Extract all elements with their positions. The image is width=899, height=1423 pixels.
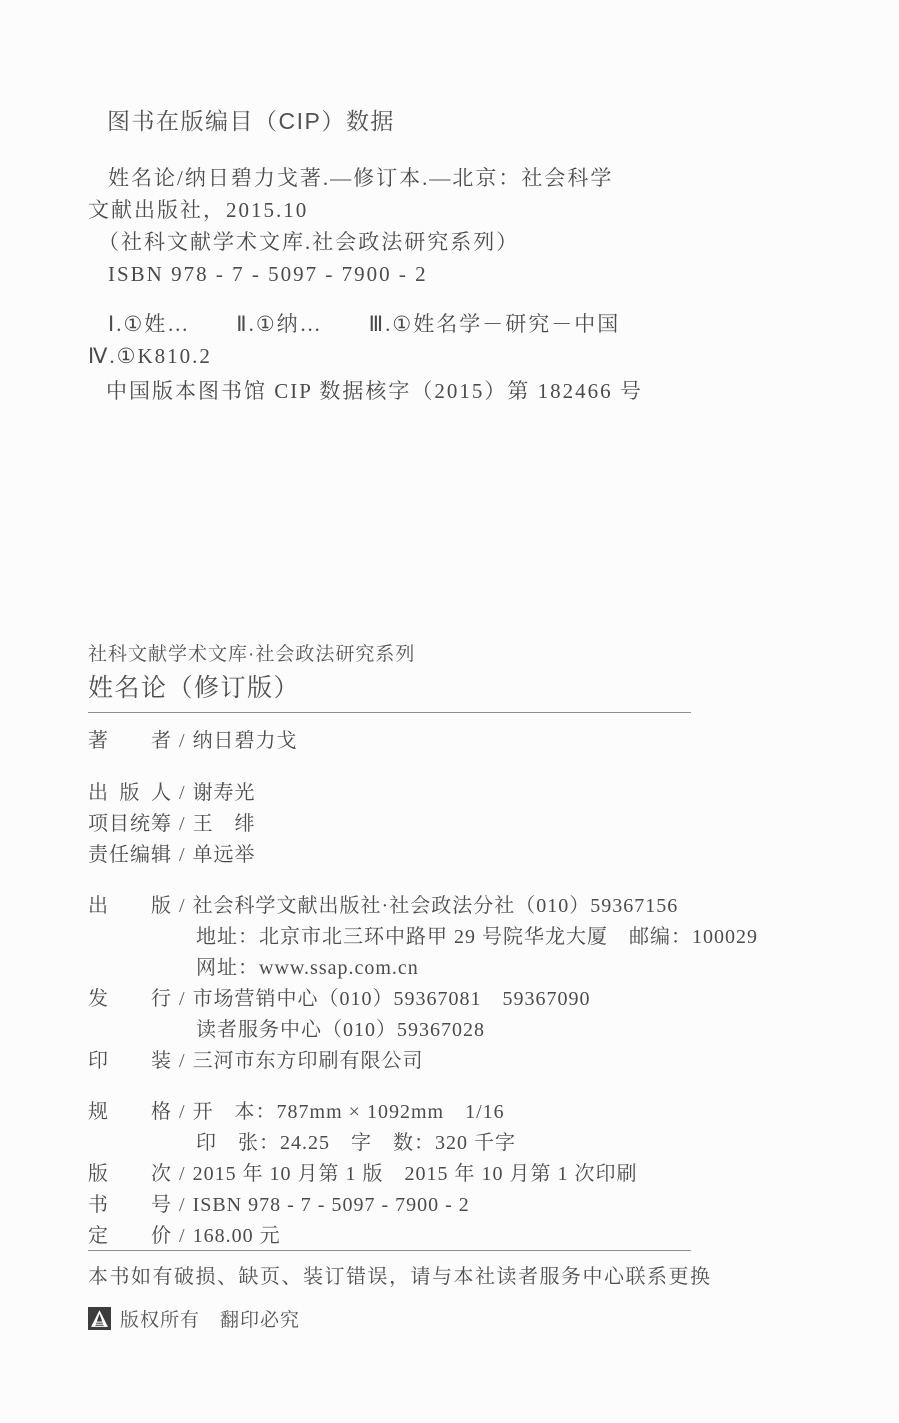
row-separator: / bbox=[179, 813, 186, 835]
row-separator: / bbox=[179, 782, 186, 804]
cip-block: 图书在版编目（CIP）数据 姓名论/纳日碧力戈著.—修订本.—北京：社会科学 文… bbox=[88, 106, 808, 407]
row-separator: / bbox=[179, 1101, 186, 1123]
row-label: 版次 bbox=[88, 1159, 172, 1190]
sheets-and-wordcount: 印 张：24.25 字 数：320 千字 bbox=[88, 1128, 868, 1159]
colophon-row-printing: 印装/三河市东方印刷有限公司 bbox=[88, 1046, 868, 1077]
row-value: ISBN 978 - 7 - 5097 - 7900 - 2 bbox=[193, 1194, 470, 1216]
row-value: 开 本：787mm × 1092mm 1/16 bbox=[193, 1101, 505, 1123]
colophon-row-isbn: 书号/ISBN 978 - 7 - 5097 - 7900 - 2 bbox=[88, 1190, 868, 1221]
row-value: 王 绯 bbox=[193, 813, 256, 835]
damage-replacement-notice: 本书如有破损、缺页、装订错误，请与本社读者服务中心联系更换 bbox=[88, 1263, 868, 1291]
colophon-row-publisher-person: 出版人/谢寿光 bbox=[88, 778, 868, 809]
row-value: 2015 年 10 月第 1 版 2015 年 10 月第 1 次印刷 bbox=[193, 1163, 638, 1185]
colophon-row-editor: 责任编辑/单远举 bbox=[88, 840, 868, 871]
cip-isbn-line: ISBN 978 - 7 - 5097 - 7900 - 2 bbox=[88, 258, 808, 290]
colophon-row-publisher: 出版/社会科学文献出版社·社会政法分社（010）59367156 bbox=[88, 891, 868, 922]
copyright-page: 图书在版编目（CIP）数据 姓名论/纳日碧力戈著.—修订本.—北京：社会科学 文… bbox=[0, 0, 899, 1423]
row-label: 书号 bbox=[88, 1190, 172, 1221]
colophon-row-edition: 版次/2015 年 10 月第 1 版 2015 年 10 月第 1 次印刷 bbox=[88, 1159, 868, 1190]
row-separator: / bbox=[179, 844, 186, 866]
book-title: 姓名论（修订版） bbox=[88, 671, 868, 705]
row-label: 项目统筹 bbox=[88, 809, 172, 840]
row-separator: / bbox=[179, 1194, 186, 1216]
row-separator: / bbox=[179, 730, 186, 752]
copyright-row: 版权所有 翻印必究 bbox=[88, 1305, 868, 1332]
cip-series-line: （社科文献学术文库.社会政法研究系列） bbox=[88, 226, 808, 258]
colophon-row-format: 规格/开 本：787mm × 1092mm 1/16 bbox=[88, 1097, 868, 1128]
row-label: 著者 bbox=[88, 726, 172, 757]
colophon-block: 社科文献学术文库·社会政法研究系列 姓名论（修订版） 著者/纳日碧力戈 出版人/… bbox=[88, 643, 868, 1332]
publisher-address: 地址：北京市北三环中路甲 29 号院华龙大厦 邮编：100029 bbox=[88, 922, 868, 953]
row-separator: / bbox=[179, 988, 186, 1010]
cip-record-number: 中国版本图书馆 CIP 数据核字（2015）第 182466 号 bbox=[88, 375, 808, 407]
row-value: 市场营销中心（010）59367081 59367090 bbox=[193, 988, 591, 1010]
cip-description-line: 文献出版社，2015.10 bbox=[88, 194, 808, 226]
row-separator: / bbox=[179, 1163, 186, 1185]
colophon-row-distribution: 发行/市场营销中心（010）59367081 59367090 bbox=[88, 984, 868, 1015]
copyright-statement: 版权所有 翻印必究 bbox=[120, 1305, 300, 1332]
row-value: 单远举 bbox=[193, 844, 256, 866]
row-label: 出版人 bbox=[88, 778, 172, 809]
ssap-logo-icon bbox=[88, 1307, 111, 1330]
row-separator: / bbox=[179, 895, 186, 917]
cip-classification-line: Ⅳ.①K810.2 bbox=[88, 340, 808, 372]
row-label: 印装 bbox=[88, 1046, 172, 1077]
row-value: 社会科学文献出版社·社会政法分社（010）59367156 bbox=[193, 895, 679, 917]
row-separator: / bbox=[179, 1050, 186, 1072]
colophon-row-author: 著者/纳日碧力戈 bbox=[88, 726, 868, 757]
row-value: 纳日碧力戈 bbox=[193, 730, 298, 752]
cip-classification-line: Ⅰ.①姓… Ⅱ.①纳… Ⅲ.①姓名学－研究－中国 bbox=[88, 308, 808, 340]
book-series: 社科文献学术文库·社会政法研究系列 bbox=[88, 643, 868, 667]
divider bbox=[88, 712, 691, 713]
row-label: 规格 bbox=[88, 1097, 172, 1128]
publisher-website: 网址：www.ssap.com.cn bbox=[88, 953, 868, 984]
colophon-row-price: 定价/168.00 元 bbox=[88, 1221, 868, 1252]
cip-heading: 图书在版编目（CIP）数据 bbox=[107, 106, 808, 136]
cip-description-line: 姓名论/纳日碧力戈著.—修订本.—北京：社会科学 bbox=[88, 162, 808, 194]
row-value: 三河市东方印刷有限公司 bbox=[193, 1050, 424, 1072]
reader-service-center: 读者服务中心（010）59367028 bbox=[88, 1015, 868, 1046]
colophon-rows: 著者/纳日碧力戈 出版人/谢寿光 项目统筹/王 绯 责任编辑/单远举 出版/社会… bbox=[88, 726, 868, 1252]
row-value: 168.00 元 bbox=[193, 1225, 281, 1247]
colophon-row-project-coordinator: 项目统筹/王 绯 bbox=[88, 809, 868, 840]
row-label: 发行 bbox=[88, 984, 172, 1015]
row-value: 谢寿光 bbox=[193, 782, 256, 804]
row-label: 出版 bbox=[88, 891, 172, 922]
row-label: 定价 bbox=[88, 1221, 172, 1252]
row-separator: / bbox=[179, 1225, 186, 1247]
row-label: 责任编辑 bbox=[88, 840, 172, 871]
